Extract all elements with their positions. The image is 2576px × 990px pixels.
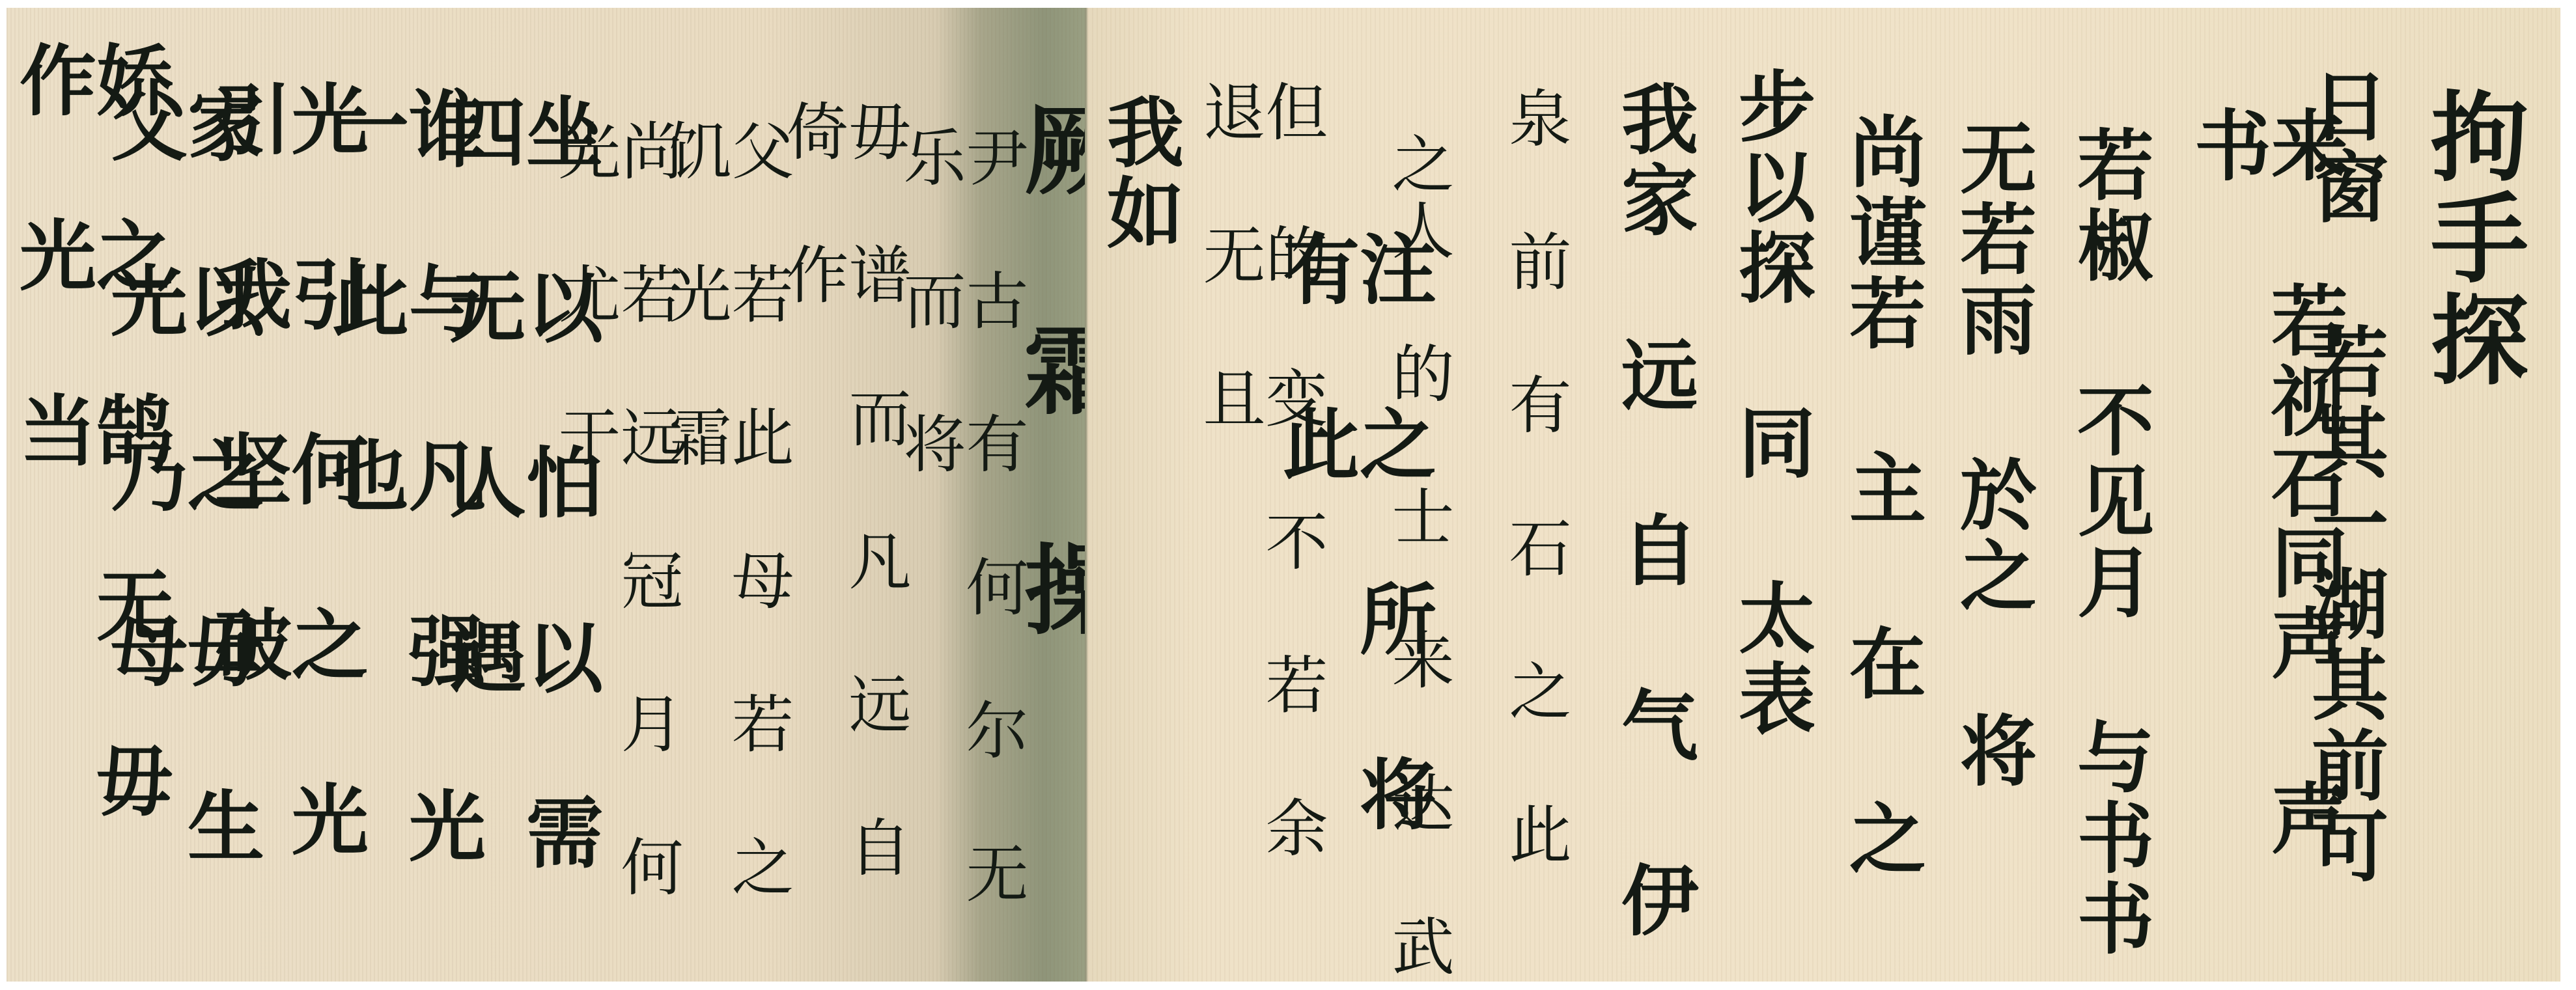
calligraphy-column: 泉 前 有 石 之 此 <box>1504 86 1567 868</box>
calligraphy-column: 娇 之 鹄 无 毋 作 光 当 <box>13 40 167 982</box>
calligraphy-column: 尚谨若 主 在 之 <box>1843 112 1920 879</box>
calligraphy-column: 我家 远 自 气 伊 <box>1615 79 1692 941</box>
right-page: 拘手探 日窗 若其一湖其前可来 若视石同声 声 书若椒 不见月 与书书无若雨 於… <box>1087 8 2560 982</box>
calligraphy-column: 但 的 变 不 若 余 退 无 且 <box>1198 79 1323 982</box>
calligraphy-column: 尹 古 有 何 尔 无 乐 而 将 <box>899 125 1024 982</box>
calligraphy-column: 若椒 不见月 与书书 <box>2071 125 2148 959</box>
left-page: 厥 霜 操尹 古 有 何 尔 无 乐 而 将毋 谱 而 凡 远 自 倚 作父 若… <box>7 8 1087 982</box>
calligraphy-column: 步以探 同 太表 <box>1732 66 1809 739</box>
calligraphy-column: 拘手探 <box>2422 86 2520 391</box>
calligraphy-column: 无若雨 於之 将 <box>1953 118 2030 791</box>
calligraphy-column: 毋 谱 而 凡 远 自 倚 作 <box>781 99 906 982</box>
calligraphy-column: 我如 <box>1100 92 1177 254</box>
calligraphy-column: 来 若视石同声 声 书 <box>2188 105 2342 982</box>
